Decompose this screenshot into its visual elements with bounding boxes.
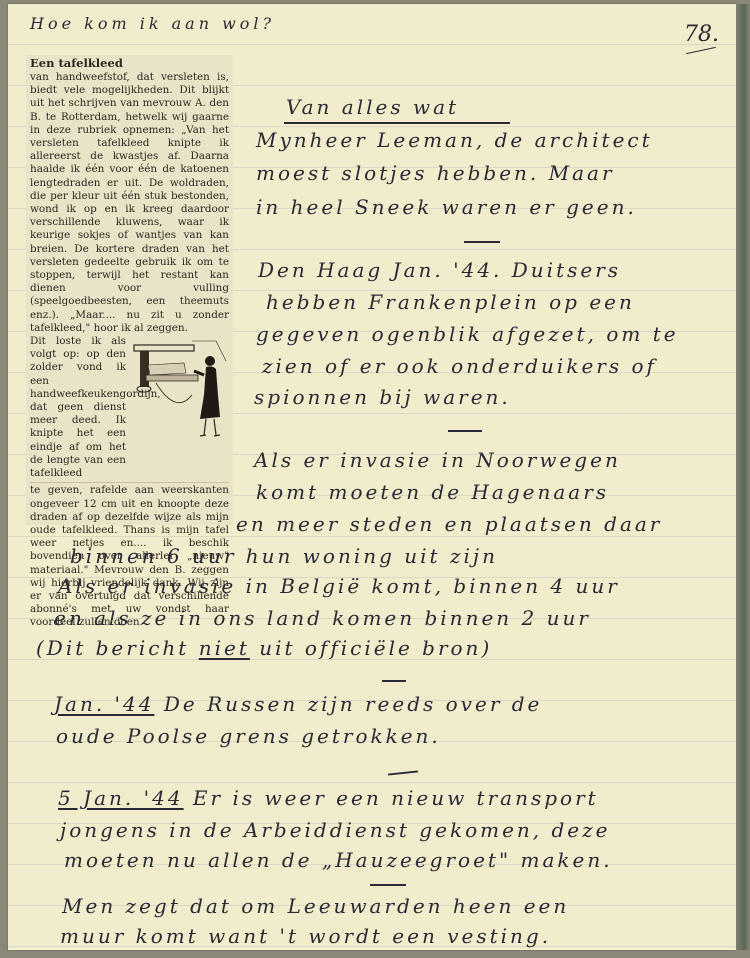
entry3-line: Als er invasie in België komt, binnen 4 … (58, 574, 620, 598)
page-number: 78. (684, 22, 719, 47)
section-title-underline (284, 122, 510, 124)
entry1-line: moest slotjes hebben. Maar (256, 161, 615, 185)
entry4-line: Jan. '44 De Russen zijn reeds over de (54, 692, 542, 716)
book-spine-edge (736, 4, 750, 950)
entry-separator (448, 430, 482, 432)
entry3-line: Als er invasie in Noorwegen (254, 448, 621, 472)
page-header-question: Hoe kom ik aan wol? (30, 14, 275, 33)
entry3-note: (Dit bericht niet uit officiële bron) (36, 636, 492, 660)
entry6-line: muur komt want 't wordt een vesting. (60, 924, 551, 948)
woman-hanging-tablecloth-illustration (126, 335, 229, 455)
entry3-line: komt moeten de Hagenaars (256, 480, 609, 504)
entry-separator (370, 884, 406, 886)
entry1-line: in heel Sneek waren er geen. (256, 195, 637, 219)
entry2-line: gegeven ogenblik afgezet, om te (256, 322, 679, 346)
entry4-line: oude Poolse grens getrokken. (56, 724, 441, 748)
newspaper-clipping: Een tafelkleed van handweefstof, dat ver… (26, 55, 233, 525)
entry5-line: moeten nu allen de „Hauzeegroet" maken. (64, 848, 613, 872)
entry2-line: Den Haag Jan. '44. Duitsers (258, 258, 621, 282)
entry1-line: Mynheer Leeman, de architect (256, 128, 653, 152)
entry3-line: en als ze in ons land komen binnen 2 uur (54, 606, 591, 630)
entry5-line: jongens in de Arbeiddienst gekomen, deze (60, 818, 611, 842)
entry2-line: zien of er ook onderduikers of (262, 354, 657, 378)
entry2-line: hebben Frankenplein op een (266, 290, 635, 314)
entry-separator (382, 680, 406, 682)
entry3-line: binnen 6 uur hun woning uit zijn (70, 544, 498, 568)
section-title: Van alles wat (286, 95, 459, 119)
entry5-line: 5 Jan. '44 Er is weer een nieuw transpor… (58, 786, 599, 810)
entry2-line: spionnen bij waren. (254, 385, 511, 409)
entry5-date: 5 Jan. '44 (58, 786, 184, 810)
entry3-line: en meer steden en plaatsen daar (236, 512, 662, 536)
emphasis-underlined: niet (199, 636, 250, 660)
clipping-title: Een tafelkleed (30, 57, 229, 70)
entry4-date: Jan. '44 (54, 692, 154, 716)
entry6-line: Men zegt dat om Leeuwarden heen een (62, 894, 569, 918)
clipping-body-narrow: Dit loste ik als volgt op: op den zolder… (30, 335, 126, 480)
entry-separator (464, 241, 500, 243)
clipping-body: van handweefstof, dat versleten is, bied… (30, 71, 229, 335)
